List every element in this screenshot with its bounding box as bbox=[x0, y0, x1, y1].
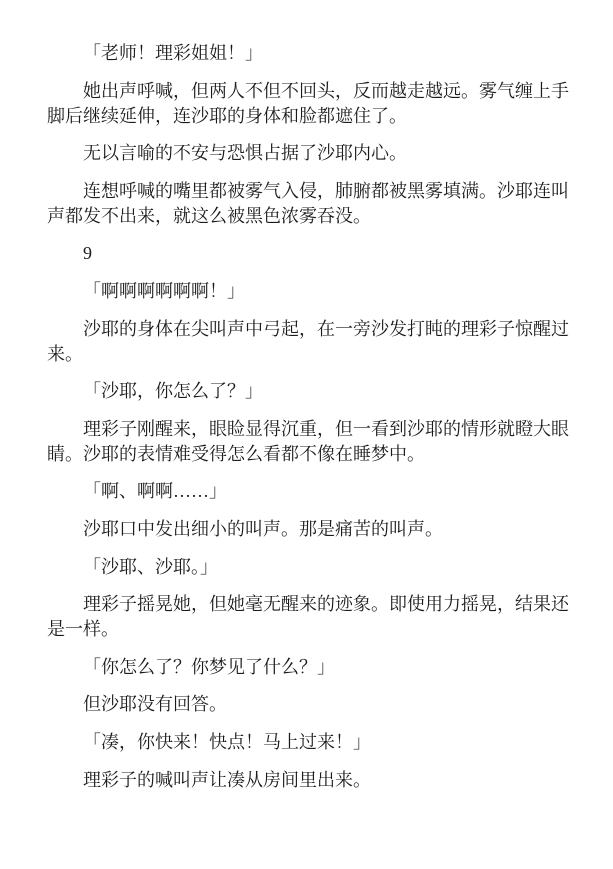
narration-paragraph: 理彩子刚醒来，眼睑显得沉重，但一看到沙耶的情形就瞪大眼睛。沙耶的表情难受得怎么看… bbox=[47, 417, 570, 467]
dialogue-paragraph: 「啊啊啊啊啊啊！」 bbox=[47, 279, 570, 304]
section-number: 9 bbox=[47, 241, 570, 266]
narration-paragraph: 沙耶的身体在尖叫声中弓起，在一旁沙发打盹的理彩子惊醒过来。 bbox=[47, 317, 570, 367]
narration-paragraph: 无以言喻的不安与恐惧占据了沙耶内心。 bbox=[47, 141, 570, 166]
dialogue-paragraph: 「沙耶，你怎么了？」 bbox=[47, 379, 570, 404]
ebook-page: 「老师！理彩姐姐！」她出声呼喊，但两人不但不回头，反而越走越远。雾气缠上手脚后继… bbox=[0, 0, 613, 869]
narration-paragraph: 沙耶口中发出细小的叫声。那是痛苦的叫声。 bbox=[47, 517, 570, 542]
narration-paragraph: 但沙耶没有回答。 bbox=[47, 692, 570, 717]
narration-paragraph: 她出声呼喊，但两人不但不回头，反而越走越远。雾气缠上手脚后继续延伸，连沙耶的身体… bbox=[47, 79, 570, 129]
narration-paragraph: 理彩子的喊叫声让凑从房间里出来。 bbox=[47, 768, 570, 793]
narration-paragraph: 连想呼喊的嘴里都被雾气入侵，肺腑都被黑雾填满。沙耶连叫声都发不出来，就这么被黑色… bbox=[47, 179, 570, 229]
narration-paragraph: 理彩子摇晃她，但她毫无醒来的迹象。即使用力摇晃，结果还是一样。 bbox=[47, 592, 570, 642]
text-content: 「老师！理彩姐姐！」她出声呼喊，但两人不但不回头，反而越走越远。雾气缠上手脚后继… bbox=[47, 41, 570, 793]
dialogue-paragraph: 「凑，你快来！快点！马上过来！」 bbox=[47, 730, 570, 755]
dialogue-paragraph: 「你怎么了？你梦见了什么？」 bbox=[47, 655, 570, 680]
dialogue-paragraph: 「啊、啊啊……」 bbox=[47, 479, 570, 504]
dialogue-paragraph: 「老师！理彩姐姐！」 bbox=[47, 41, 570, 66]
dialogue-paragraph: 「沙耶、沙耶。」 bbox=[47, 555, 570, 580]
